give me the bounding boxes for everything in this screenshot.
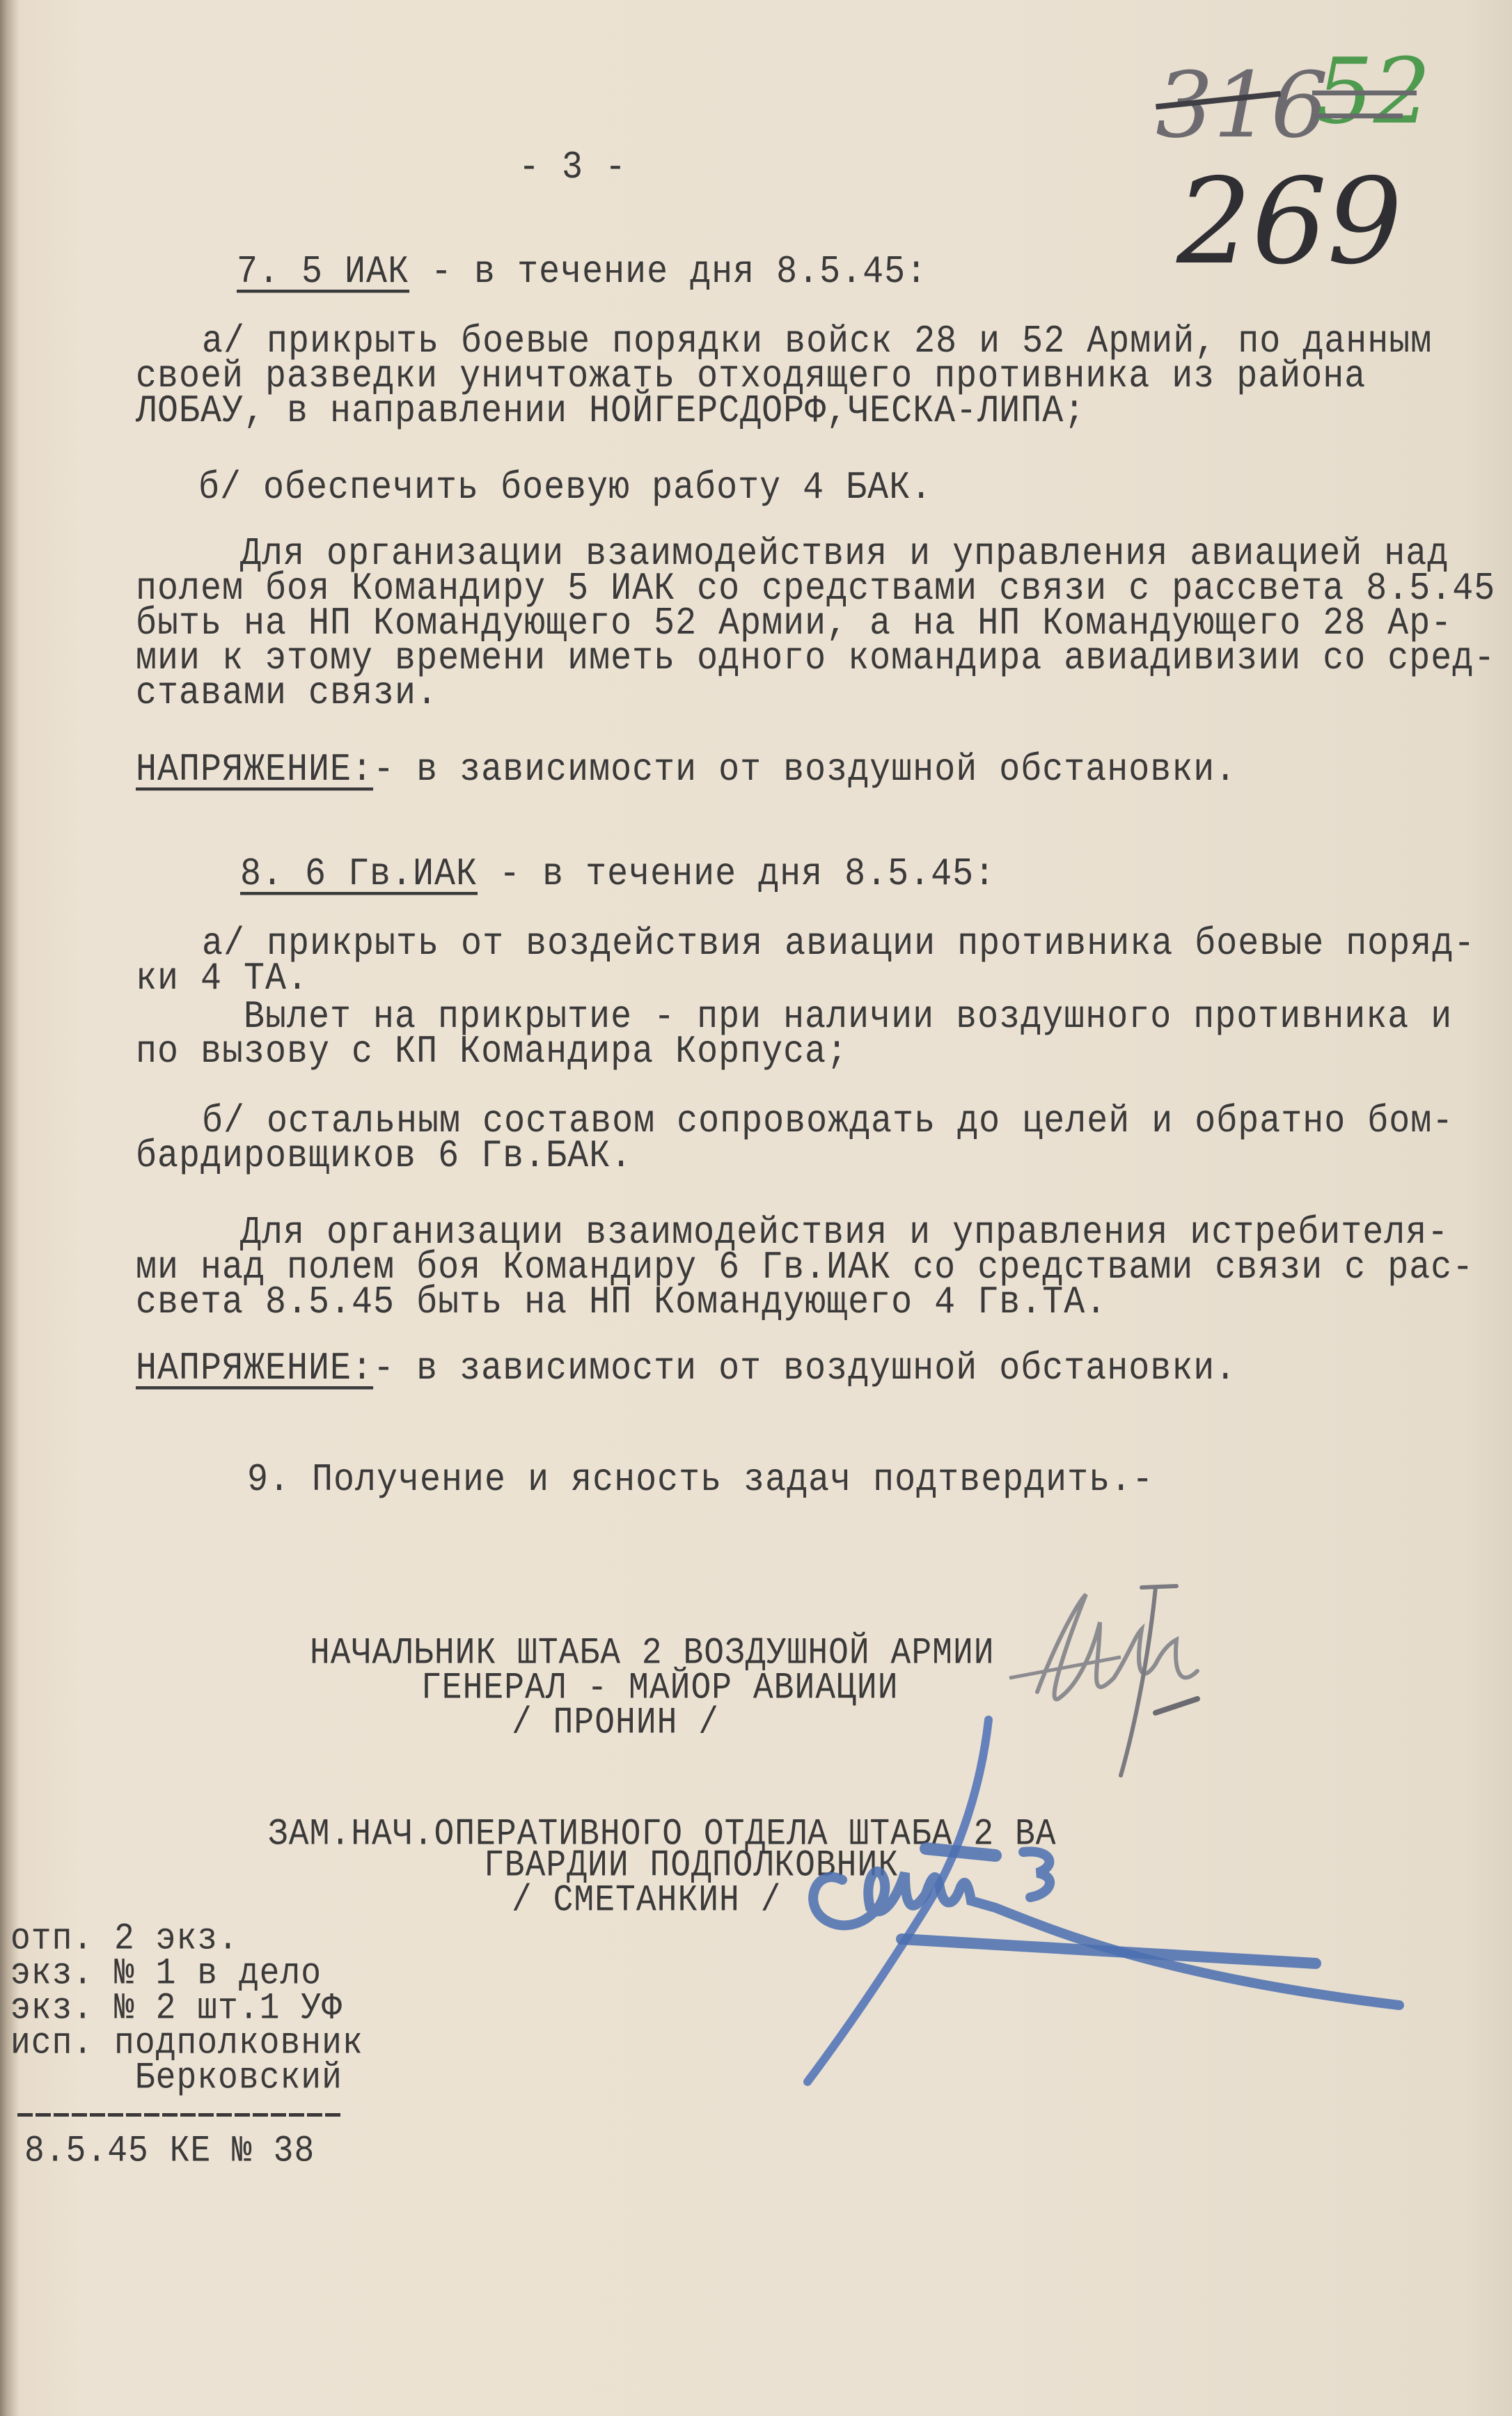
signature1-name: / ПРОНИН / — [512, 1702, 719, 1744]
footer-executor-name: Берковский — [10, 2057, 342, 2099]
section7-heading-unit: 7. 5 ИАК — [237, 250, 409, 295]
archive-page-number: 269 — [1176, 153, 1402, 291]
signature2-name: / СМЕТАНКИН / — [512, 1880, 781, 1922]
section9-confirmation: 9. Получение и ясность задач подтвердить… — [247, 1459, 1153, 1503]
section7-item-a-line3: ЛОБАУ, в направлении НОЙГЕРСДОРФ,ЧЕСКА-Л… — [136, 390, 1085, 434]
strike-line-2 — [1312, 91, 1417, 95]
blue-signature-icon — [787, 1699, 1413, 2089]
strike-line-3 — [1312, 113, 1403, 118]
section8-intensity: НАПРЯЖЕНИЕ:- в зависимости от воздушной … — [136, 1347, 1236, 1391]
page-number: - 3 - — [519, 146, 627, 190]
section8-heading: 8. 6 Гв.ИАК - в течение дня 8.5.45: — [240, 853, 995, 897]
section8-item-a-line1: а/ прикрыть от воздействия авиации проти… — [202, 923, 1475, 966]
section7-intensity-label: НАПРЯЖЕНИЕ: — [136, 748, 373, 792]
footer-divider — [17, 2113, 341, 2117]
section7-intensity: НАПРЯЖЕНИЕ:- в зависимости от воздушной … — [136, 748, 1236, 792]
section8-intensity-label: НАПРЯЖЕНИЕ: — [136, 1347, 373, 1391]
section8-coord-line3: света 8.5.45 быть на НП Командующего 4 Г… — [136, 1281, 1107, 1325]
section7-coord-line5: ставами связи. — [136, 672, 438, 716]
section8-item-b-line2: бардировщиков 6 Гв.БАК. — [136, 1135, 632, 1179]
footer-date-line: 8.5.45 КЕ № 38 — [24, 2131, 315, 2172]
section7-heading-rest: - в течение дня 8.5.45: — [409, 250, 927, 295]
section7-heading: 7. 5 ИАК - в течение дня 8.5.45: — [237, 251, 927, 295]
section8-heading-unit: 8. 6 Гв.ИАК — [240, 852, 478, 897]
document-page: 316 52 269 - 3 - 7. 5 ИАК - в течение дн… — [0, 0, 1512, 2416]
section8-heading-rest: - в течение дня 8.5.45: — [478, 852, 995, 897]
section8-item-a-line4: по вызову с КП Командира Корпуса; — [136, 1030, 848, 1074]
section7-item-b: б/ обеспечить боевую работу 4 БАК. — [198, 466, 932, 510]
section7-intensity-text: - в зависимости от воздушной обстановки. — [373, 748, 1236, 792]
section8-intensity-text: - в зависимости от воздушной обстановки. — [373, 1347, 1236, 1391]
